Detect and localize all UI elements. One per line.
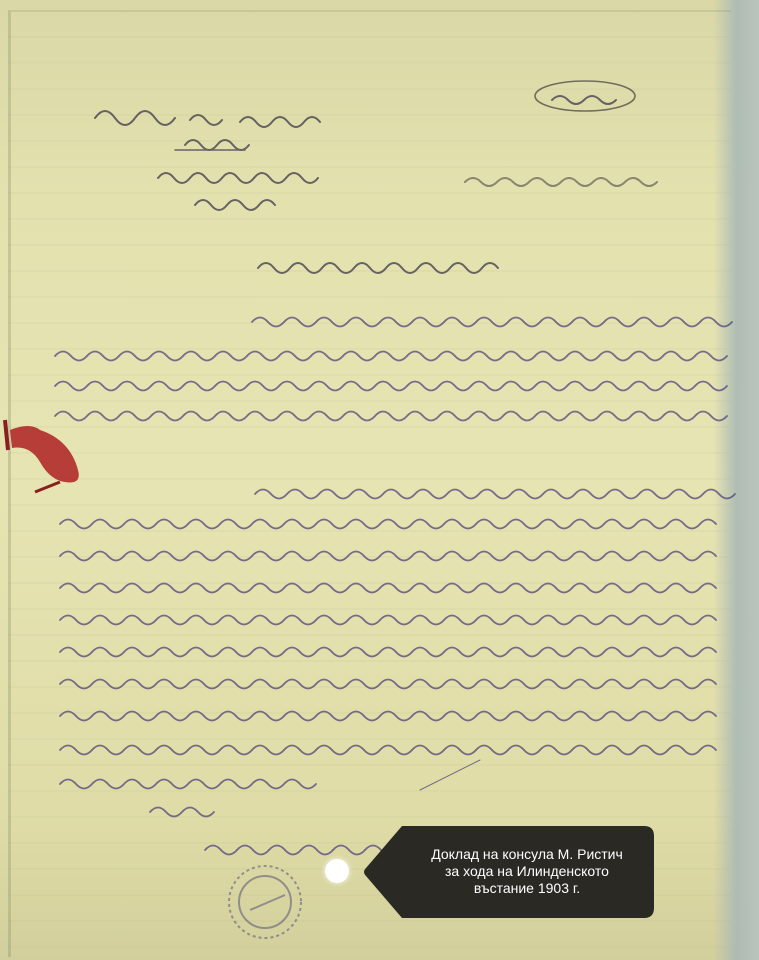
caption-tooltip: Доклад на консула М. Ристич за хода на И…	[362, 824, 656, 918]
document-photo	[0, 0, 759, 960]
red-seal-mark	[5, 420, 79, 492]
tooltip-caption: Доклад на консула М. Ристич за хода на И…	[406, 846, 648, 897]
caption-line-1: Доклад на консула М. Ристич	[406, 846, 648, 863]
caption-line-3: въстание 1903 г.	[406, 880, 648, 897]
handwriting-layer	[0, 0, 759, 960]
hotspot-dot-icon[interactable]	[325, 859, 349, 883]
archive-stamp	[229, 866, 301, 938]
caption-line-2: за хода на Илинденското	[406, 863, 648, 880]
